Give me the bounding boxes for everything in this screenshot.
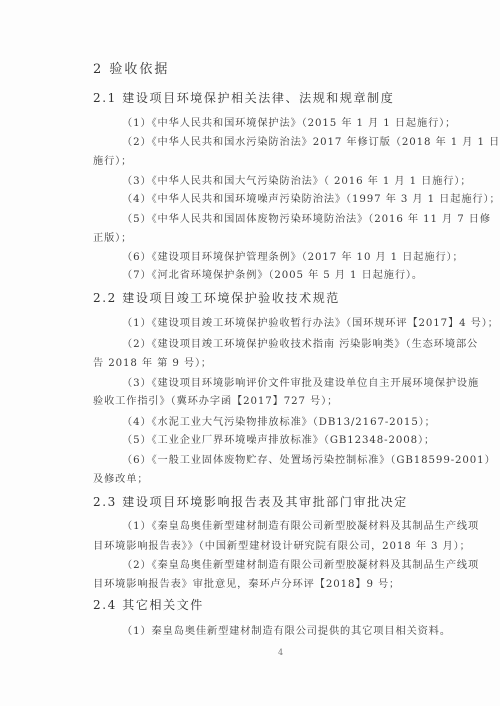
list-item: （5）《工业企业厂界环境噪声排放标准》（GB12348-2008）； — [122, 434, 435, 448]
document-page: 2 验收依据 2.1 建设项目环境保护相关法律、法规和规章制度 （1）《中华人民… — [0, 0, 500, 706]
list-item-continuation: 目环境影响报告表》》（中国新型建材设计研究院有限公司，2018 年 3 月）； — [93, 540, 471, 554]
list-item: （1）《中华人民共和国环境保护法》（2015 年 1 月 1 日起施行）； — [122, 117, 456, 131]
list-item: （4）《水泥工业大气污染物排放标准》（DB13/2167-2015）； — [122, 416, 436, 430]
list-item: （2）《秦皇岛奥佳新型建材制造有限公司新型胶凝材料及其制品生产线项 — [122, 559, 479, 573]
page-number: 4 — [278, 648, 283, 657]
list-item-continuation: 及修改单； — [93, 473, 148, 487]
list-item-continuation: 目环境影响报告表》审批意见，秦环卢分环评【2018】9 号； — [93, 578, 400, 592]
subsection-heading-2-4: 2.4 其它相关文件 — [93, 598, 204, 612]
list-item: （1）《建设项目竣工环境保护验收暂行办法》（国环规环评【2017】4 号）； — [122, 317, 499, 331]
list-item: （4）《中华人民共和国环境噪声污染防治法》（1997 年 3 月 1 日起施行）… — [122, 193, 500, 207]
list-item: （7）《河北省环境保护条例》（2005 年 5 月 1 日起施行）。 — [122, 269, 423, 283]
list-item: （5）《中华人民共和国固体废物污染环境防治法》（2016 年 11 月 7 日修 — [122, 213, 491, 227]
list-item: （1）《秦皇岛奥佳新型建材制造有限公司新型胶凝材料及其制品生产线项 — [122, 520, 479, 534]
subsection-heading-2-1: 2.1 建设项目环境保护相关法律、法规和规章制度 — [93, 91, 394, 105]
list-item: （6）《一般工业固体废物贮存、处置场污染控制标准》（GB18599-2001） — [122, 454, 496, 468]
subsection-heading-2-2: 2.2 建设项目竣工环境保护验收技术规范 — [93, 291, 340, 305]
list-item: （2）《中华人民共和国水污染防治法》2017 年修订版（2018 年 1 月 1… — [122, 136, 500, 150]
section-title: 2 验收依据 — [93, 63, 169, 77]
list-item: （6）《建设项目环境保护管理条例》（2017 年 10 月 1 日起施行）； — [122, 251, 464, 265]
list-item: （1）秦皇岛奥佳新型建材制造有限公司提供的其它项目相关资料。 — [122, 625, 451, 639]
list-item: （3）《中华人民共和国大气污染防治法》（ 2016 年 1 月 1 日施行）； — [122, 175, 471, 189]
list-item-continuation: 告 2018 年 第 9 号）； — [93, 357, 212, 371]
list-item-continuation: 正版）； — [93, 232, 132, 246]
subsection-heading-2-3: 2.3 建设项目环境影响报告表及其审批部门审批决定 — [93, 495, 408, 509]
list-item-continuation: 施行）； — [93, 155, 132, 169]
list-item: （3）《建设项目环境影响评价文件审批及建设单位自主开展环境保护设施 — [122, 377, 479, 391]
list-item-continuation: 验收工作指引》（冀环办字函【2017】727 号）； — [93, 395, 338, 409]
list-item: （2）《建设项目竣工环境保护验收技术指南 污染影响类》（生态环境部公 — [122, 338, 478, 352]
